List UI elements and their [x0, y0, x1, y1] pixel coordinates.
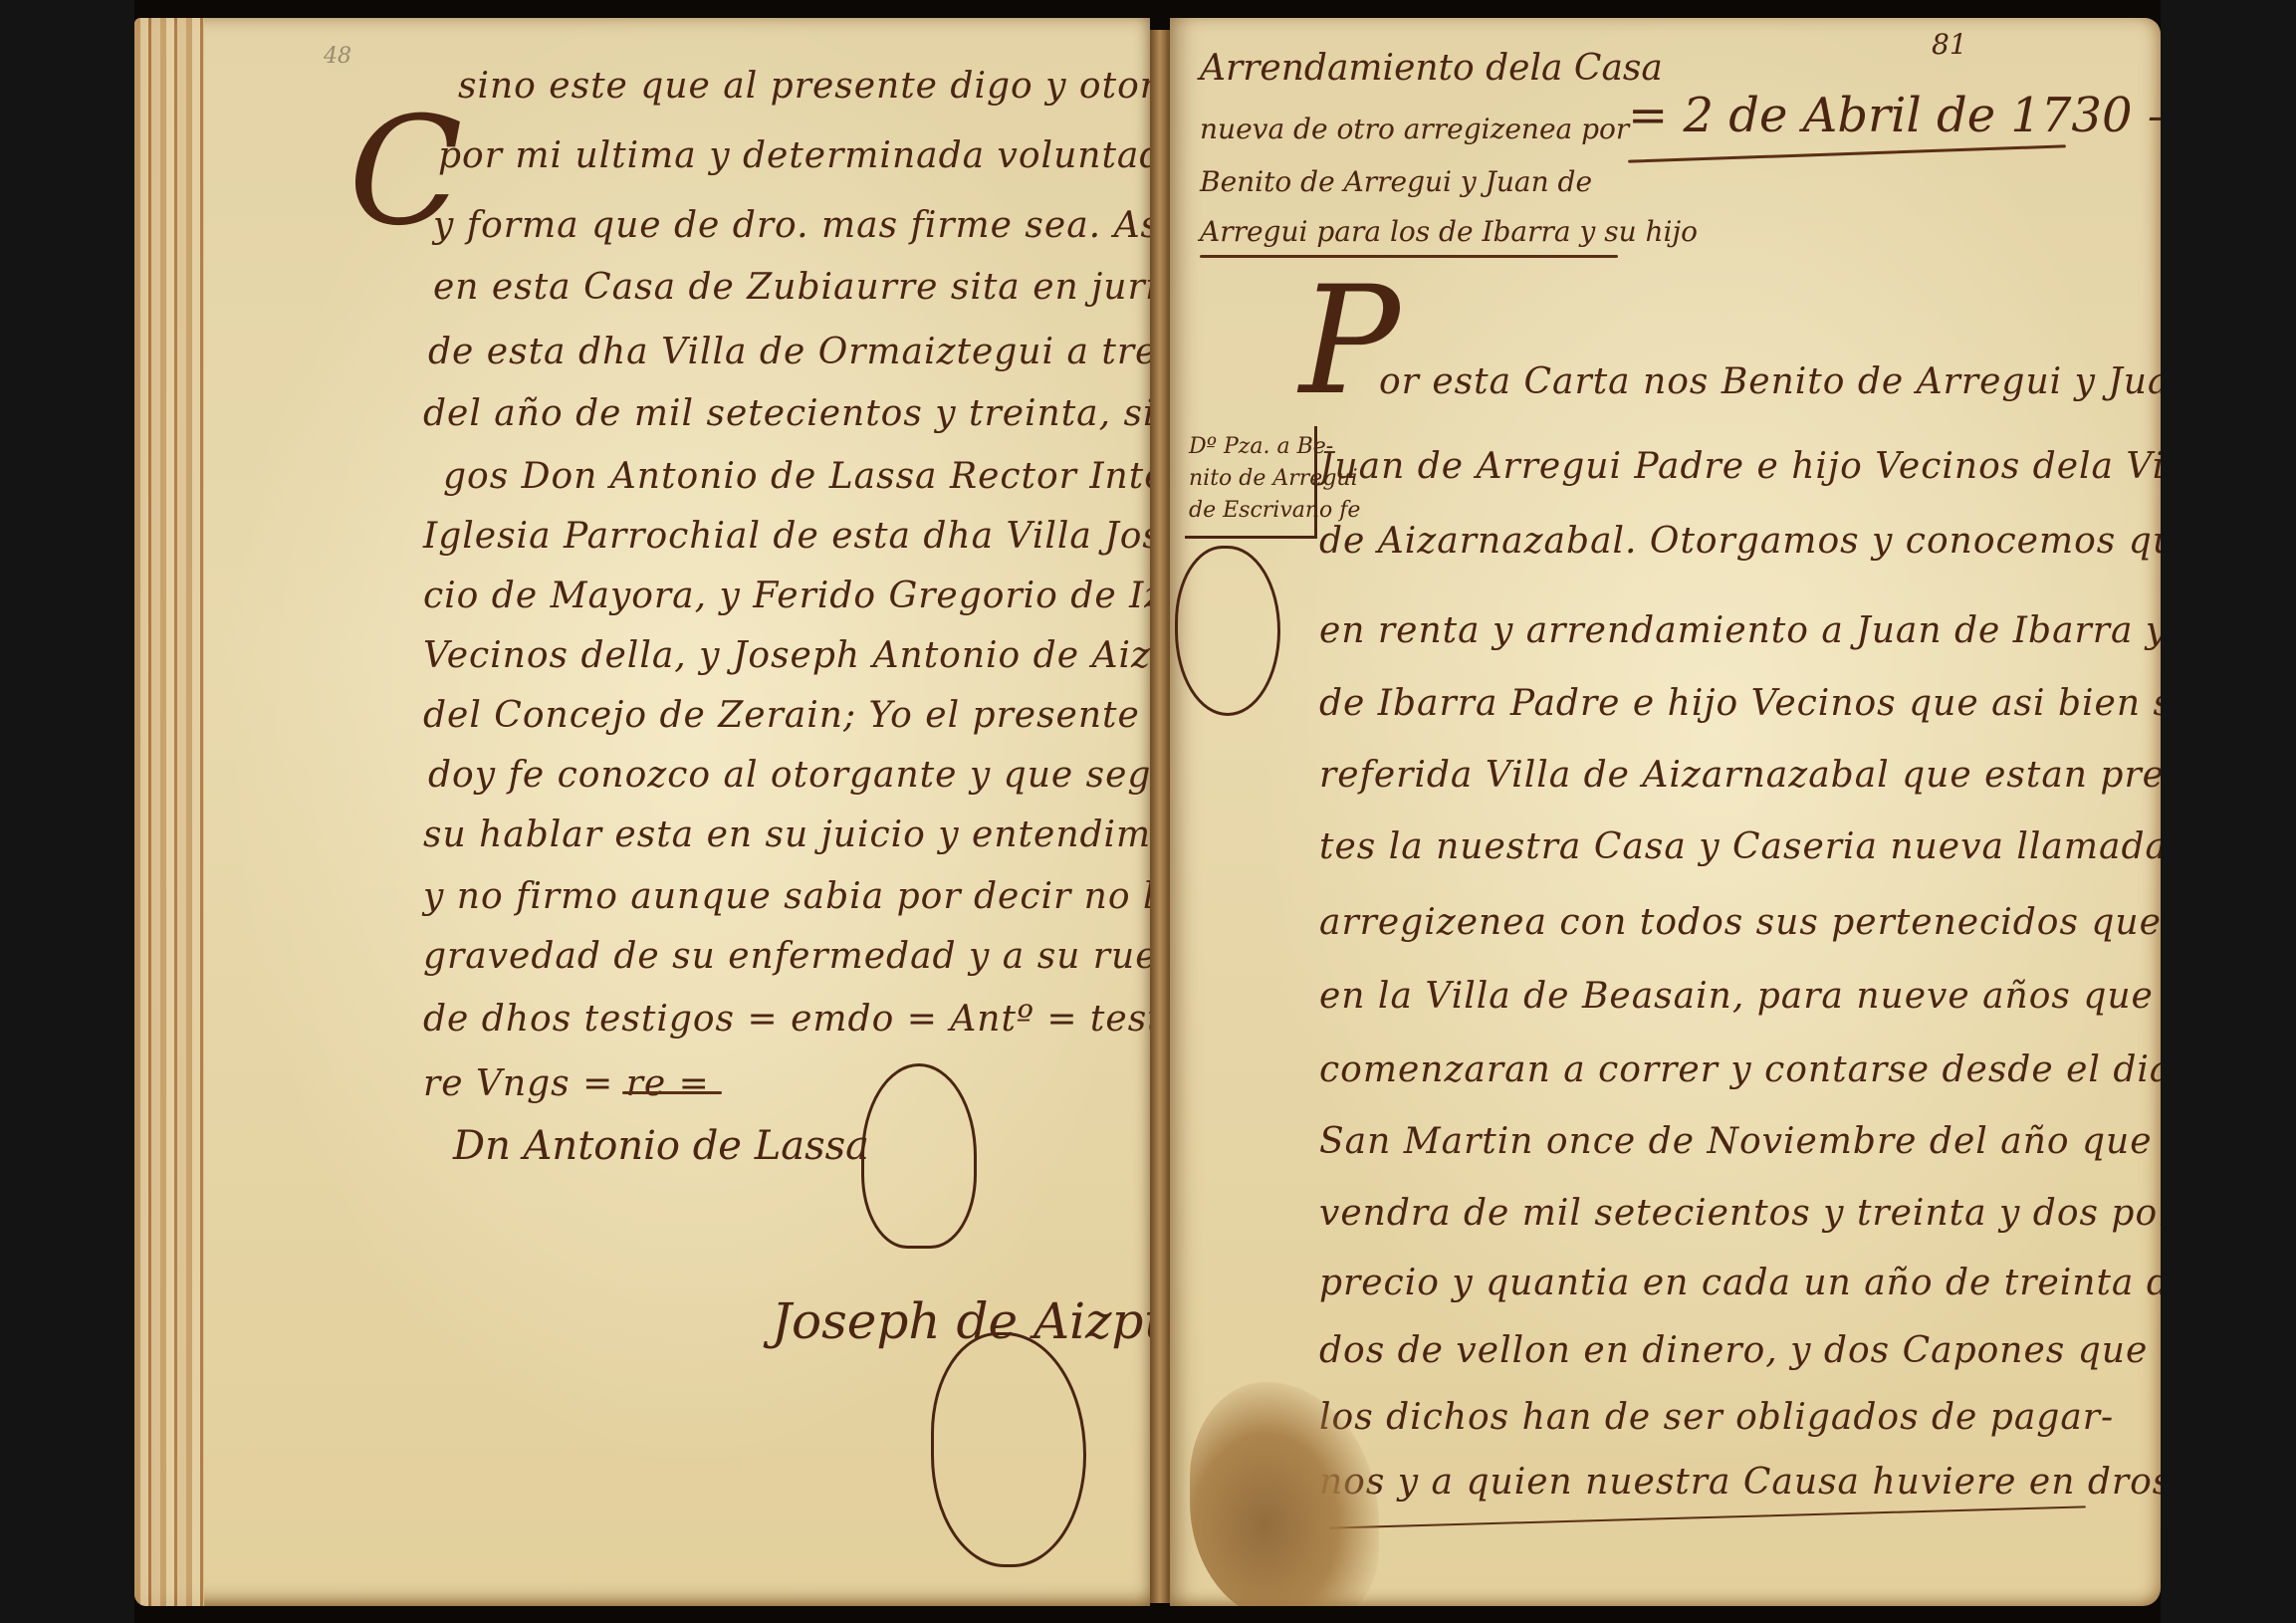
signature-flourish: [861, 1063, 977, 1249]
text-line: del Concejo de Zerain; Yo el presente es…: [423, 695, 1150, 736]
text-line: arregizenea con todos sus pertenecidos q…: [1319, 902, 2161, 943]
text-line: en esta Casa de Zubiaurre sita en jurisd…: [433, 267, 1150, 308]
text-line: Iglesia Parrochial de esta dha Villa Jos…: [423, 516, 1150, 557]
text-line: de Aizarnazabal. Otorgamos y conocemos q…: [1319, 521, 2161, 562]
text-line: gos Don Antonio de Lassa Rector Interino…: [443, 456, 1150, 497]
text-line: por mi ultima y determinada voluntad en …: [438, 135, 1150, 176]
text-line: re Vngs = re =: [423, 1063, 710, 1104]
text-line: y forma que de dro. mas firme sea. Asi l…: [433, 205, 1150, 246]
margin-note-line: de Escrivano fe: [1189, 498, 1360, 523]
text-line: precio y quantia en cada un año de trein…: [1319, 1263, 2161, 1303]
text-line: Vecinos della, y Joseph Antonio de Aizpu…: [423, 635, 1150, 676]
date-underline: [1628, 144, 2066, 162]
text-line: San Martin once de Noviembre del año que: [1319, 1121, 2153, 1162]
text-line: vendra de mil setecientos y treinta y do…: [1319, 1193, 2161, 1234]
notary-rubric-loop: [931, 1332, 1086, 1567]
heading-line: Arrendamiento dela Casa: [1200, 48, 1663, 89]
page-edge-stack: [134, 18, 204, 1606]
text-line: Juan de Arregui Padre e hijo Vecinos del…: [1319, 446, 2161, 487]
text-line: cio de Mayora, y Ferido Gregorio de Izag…: [423, 576, 1150, 616]
text-line: nos y a quien nuestra Causa huviere en d…: [1319, 1462, 2161, 1503]
text-line: los dichos han de ser obligados de pagar…: [1319, 1397, 2114, 1438]
margin-note-box: Dº Pza. a Be- nito de Arregui de Escriva…: [1185, 426, 1317, 539]
text-line: referida Villa de Aizarnazabal que estan…: [1319, 755, 2161, 796]
text-line: dos de vellon en dinero, y dos Capones q…: [1319, 1330, 2148, 1371]
text-line: de dhos testigos = emdo = Antº = test = …: [423, 999, 1150, 1040]
margin-rubric-loop: [1175, 546, 1280, 716]
corner-note: 48: [324, 44, 351, 69]
signature-lassa: Dn Antonio de Lassa: [453, 1123, 869, 1169]
heading-line: Arregui para los de Ibarra y su hijo: [1200, 215, 1698, 248]
left-page: 48 C sino este que al presente digo y ot…: [134, 18, 1150, 1606]
margin-note-line: Dº Pza. a Be-: [1189, 434, 1333, 459]
signature-aizpurua: Joseph de Aizpurua: [772, 1292, 1150, 1350]
book-spread: 48 C sino este que al presente digo y ot…: [134, 0, 2161, 1623]
text-line: doy fe conozco al otorgante y que segun …: [428, 755, 1150, 796]
closing-rule: [1329, 1506, 2086, 1528]
text-line: y no firmo aunque sabia por decir no le …: [423, 876, 1150, 917]
document-date: = 2 de Abril de 1730 —: [1628, 88, 2161, 143]
text-line: sino este que al presente digo y otorgo,…: [458, 66, 1150, 107]
flourish-rule: [622, 1091, 722, 1094]
folio-number: 81: [1932, 28, 1967, 61]
text-line: or esta Carta nos Benito de Arregui y Ju…: [1379, 361, 2161, 402]
text-line: de esta dha Villa de Ormaiztegui a tres …: [428, 332, 1150, 372]
book-spine-gutter: [1150, 30, 1170, 1603]
text-line: de Ibarra Padre e hijo Vecinos que asi b…: [1319, 683, 2161, 724]
right-page: 81 Arrendamiento dela Casa nueva de otro…: [1170, 18, 2161, 1606]
text-line: del año de mil setecientos y treinta, si…: [423, 393, 1150, 434]
text-line: comenzaran a correr y contarse desde el …: [1319, 1049, 2161, 1090]
text-line: en la Villa de Beasain, para nueve años …: [1319, 976, 2154, 1017]
heading-line: nueva de otro arregizenea por: [1200, 113, 1629, 145]
text-line: tes la nuestra Casa y Caseria nueva llam…: [1319, 826, 2161, 867]
text-line: su hablar esta en su juicio y entendimie…: [423, 814, 1150, 855]
text-line: en renta y arrendamiento a Juan de Ibarr…: [1319, 610, 2161, 651]
heading-underline: [1200, 255, 1618, 258]
heading-line: Benito de Arregui y Juan de: [1200, 165, 1592, 198]
text-line: gravedad de su enfermedad y a su ruego f…: [423, 936, 1150, 977]
